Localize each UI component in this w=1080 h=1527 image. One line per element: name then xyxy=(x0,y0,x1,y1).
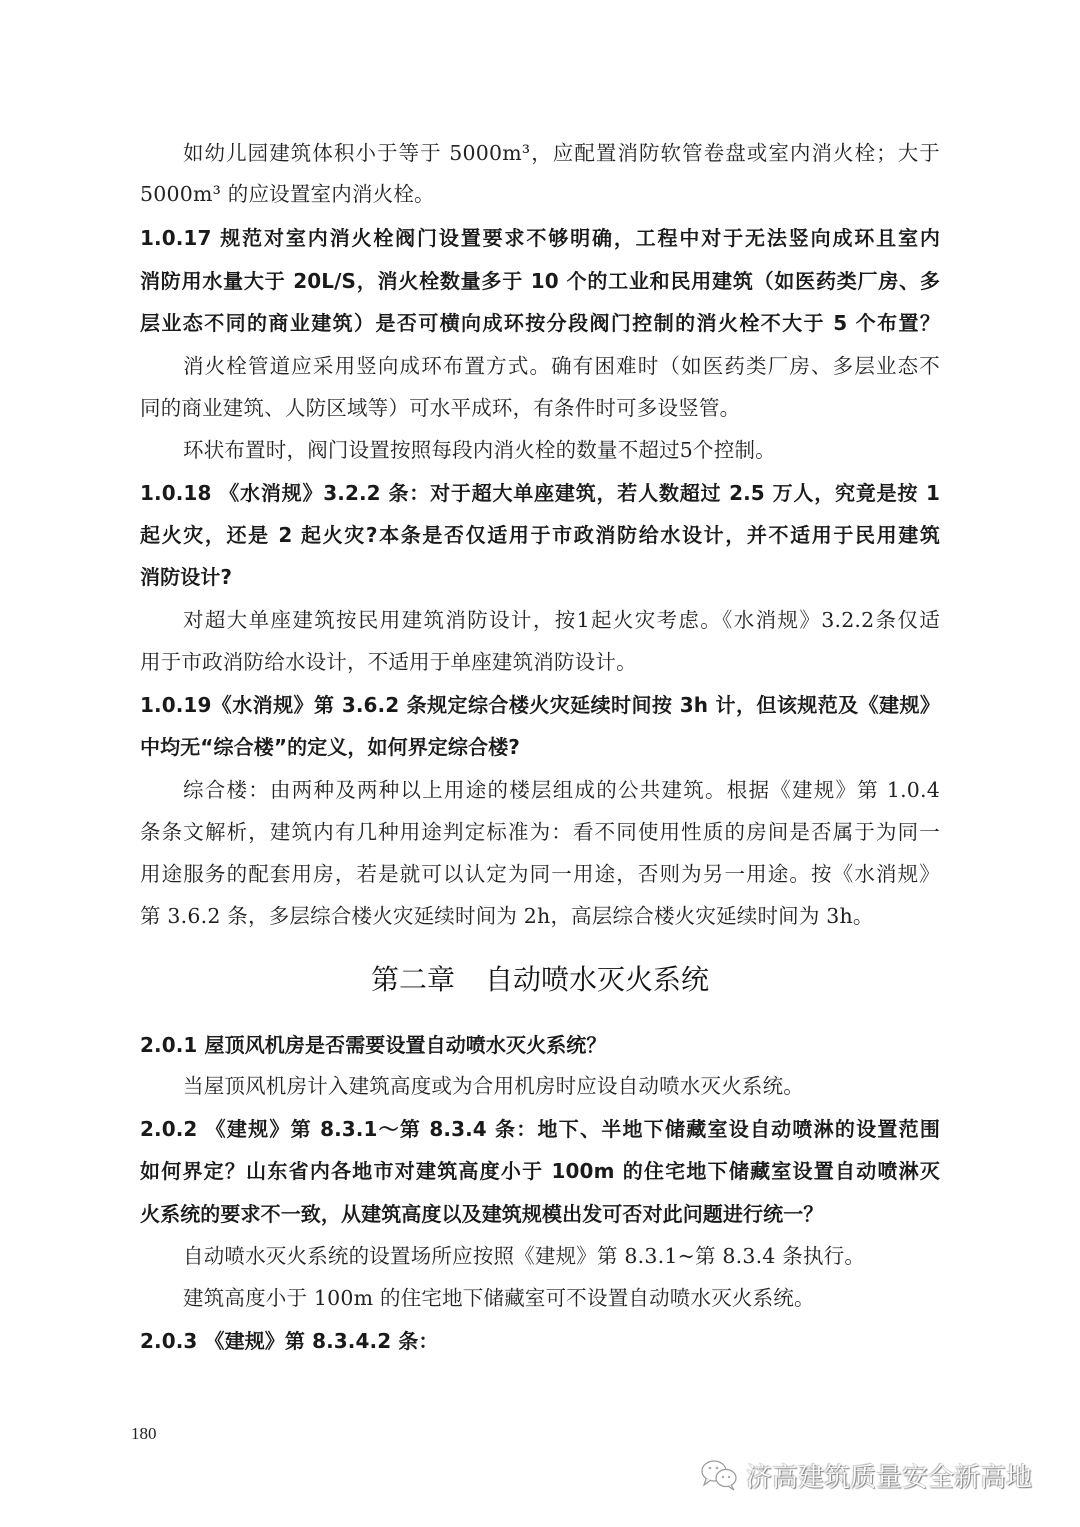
question-line: 中均无“综合楼”的定义，如何界定综合楼? xyxy=(140,732,940,762)
answer-line: 综合楼：由两种及两种以上用途的楼层组成的公共建筑。根据《建规》第 1.0.4 xyxy=(183,775,940,805)
question-line: 1.0.19《水消规》第 3.6.2 条规定综合楼火灾延续时间按 3h 计，但该… xyxy=(140,690,940,720)
answer-line: 自动喷水灭火系统的设置场所应按照《建规》第 8.3.1~第 8.3.4 条执行。 xyxy=(183,1241,940,1271)
watermark-text: 济高建筑质量安全新高地 xyxy=(746,1457,1032,1494)
question-line: 消防用水量大于 20L/S，消火栓数量多于 10 个的工业和民用建筑（如医药类厂… xyxy=(140,266,940,296)
question-line: 1.0.17 规范对室内消火栓阀门设置要求不够明确，工程中对于无法竖向成环且室内 xyxy=(140,223,940,253)
question-line: 2.0.3 《建规》第 8.3.4.2 条： xyxy=(140,1326,940,1356)
chapter-title: 自动喷水灭火系统 xyxy=(485,963,709,996)
answer-line: 5000m³ 的应设置室内消火栓。 xyxy=(140,179,940,209)
answer-line: 用途服务的配套用房，若是就可以认定为同一用途，否则为另一用途。按《水消规》 xyxy=(140,859,940,889)
question-line: 消防设计? xyxy=(140,562,940,592)
document-page: 如幼儿园建筑体积小于等于 5000m³，应配置消防软管卷盘或室内消火栓；大于 5… xyxy=(0,0,1080,1527)
answer-line: 用于市政消防给水设计，不适用于单座建筑消防设计。 xyxy=(140,647,940,677)
answer-line: 第 3.6.2 条，多层综合楼火灾延续时间为 2h，高层综合楼火灾延续时间为 3… xyxy=(140,901,940,931)
question-line: 1.0.18 《水消规》3.2.2 条：对于超大单座建筑，若人数超过 2.5 万… xyxy=(140,478,940,508)
chapter-number: 第二章 xyxy=(371,963,455,996)
answer-line: 当屋顶风机房计入建筑高度或为合用机房时应设自动喷水灭火系统。 xyxy=(183,1071,940,1101)
answer-line: 环状布置时，阀门设置按照每段内消火栓的数量不超过5个控制。 xyxy=(183,435,940,465)
answer-line: 对超大单座建筑按民用建筑消防设计，按1起火灾考虑。《水消规》3.2.2条仅适 xyxy=(183,605,940,635)
chapter-heading: 第二章自动喷水灭火系统 xyxy=(0,962,1080,998)
answer-line: 条条文解析，建筑内有几种用途判定标准为：看不同使用性质的房间是否属于为同一 xyxy=(140,817,940,847)
question-line: 2.0.2 《建规》第 8.3.1～第 8.3.4 条：地下、半地下储藏室设自动… xyxy=(140,1114,940,1144)
wechat-icon xyxy=(700,1459,740,1491)
answer-line: 同的商业建筑、人防区域等）可水平成环，有条件时可多设竖管。 xyxy=(140,393,940,423)
question-line: 2.0.1 屋顶风机房是否需要设置自动喷水灭火系统？ xyxy=(140,1030,940,1060)
answer-line: 建筑高度小于 100m 的住宅地下储藏室可不设置自动喷水灭火系统。 xyxy=(183,1283,940,1313)
question-line: 火系统的要求不一致，从建筑高度以及建筑规模出发可否对此问题进行统一？ xyxy=(140,1199,940,1229)
question-line: 如何界定？山东省内各地市对建筑高度小于 100m 的住宅地下储藏室设置自动喷淋灭 xyxy=(140,1156,940,1186)
page-number: 180 xyxy=(131,1424,157,1444)
answer-line: 如幼儿园建筑体积小于等于 5000m³，应配置消防软管卷盘或室内消火栓；大于 xyxy=(183,138,940,168)
answer-line: 消火栓管道应采用竖向成环布置方式。确有困难时（如医药类厂房、多层业态不 xyxy=(183,351,940,381)
watermark: 济高建筑质量安全新高地 xyxy=(700,1458,1032,1492)
question-line: 层业态不同的商业建筑）是否可横向成环按分段阀门控制的消火栓不大于 5 个布置？ xyxy=(140,308,940,338)
question-line: 起火灾，还是 2 起火灾?本条是否仅适用于市政消防给水设计，并不适用于民用建筑 xyxy=(140,520,940,550)
